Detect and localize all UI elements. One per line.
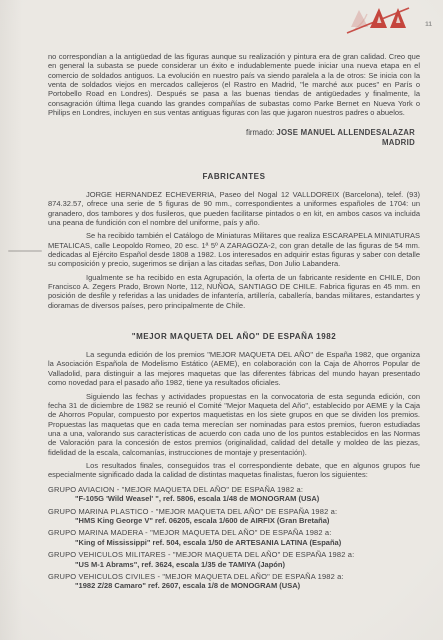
group-title: GRUPO MARINA PLASTICO - "MEJOR MAQUETA D… [48,507,420,516]
signature-name: JOSE MANUEL ALLENDESALAZAR [276,128,415,137]
group-title: GRUPO MARINA MADERA - "MEJOR MAQUETA DEL… [48,528,420,537]
document-page: 11 no correspondían a la antigüedad de l… [0,0,443,640]
group-winner: "1982 Z/28 Camaro" ref. 2607, escala 1/8… [75,581,420,590]
scan-smudge [8,250,42,252]
group-winner: "King of Mississippi" ref. 504, escala 1… [75,538,420,547]
signature-prefix: firmado: [246,128,274,137]
signature-block: firmado: JOSE MANUEL ALLENDESALAZAR MADR… [48,128,420,148]
publisher-stamp-icon [345,5,419,35]
list-item-grupo-vehiculos-civiles: GRUPO VEHICULOS CIVILES - "MEJOR MAQUETA… [48,572,420,590]
premios-paragraph-3: Los resultados finales, conseguidos tras… [48,461,420,480]
intro-paragraph: no correspondían a la antigüedad de las … [48,52,420,117]
group-winner: "US M-1 Abrams", ref. 3624, escala 1/35 … [75,560,420,569]
list-item-grupo-marina-madera: GRUPO MARINA MADERA - "MEJOR MAQUETA DEL… [48,528,420,546]
list-item-grupo-aviacion: GRUPO AVIACION - "MEJOR MAQUETA DEL AÑO"… [48,485,420,503]
premios-heading: "MEJOR MAQUETA DEL AÑO" DE ESPAÑA 1982 [48,332,420,342]
fabricantes-paragraph-3: Igualmente se ha recibido en esta Agrupa… [48,273,420,310]
group-winner: "HMS King George V" ref. 06205, escala 1… [75,516,420,525]
fabricantes-paragraph-2: Se ha recibido también el Catálogo de Mi… [48,231,420,268]
fabricantes-heading: FABRICANTES [48,172,420,182]
list-item-grupo-marina-plastico: GRUPO MARINA PLASTICO - "MEJOR MAQUETA D… [48,507,420,525]
premios-paragraph-1: La segunda edición de los premios "MEJOR… [48,350,420,387]
group-title: GRUPO AVIACION - "MEJOR MAQUETA DEL AÑO"… [48,485,420,494]
signature-city: MADRID [48,138,415,148]
page-number: 11 [425,21,432,28]
signature-line: firmado: JOSE MANUEL ALLENDESALAZAR [48,128,415,138]
group-title: GRUPO VEHICULOS CIVILES - "MEJOR MAQUETA… [48,572,420,581]
group-winner: "F-105G 'Wild Weasel' ", ref. 5806, esca… [75,494,420,503]
list-item-grupo-vehiculos-militares: GRUPO VEHICULOS MILITARES - "MEJOR MAQUE… [48,550,420,568]
fabricantes-paragraph-1: JORGE HERNANDEZ ECHEVERRIA, Paseo del No… [48,190,420,227]
group-title: GRUPO VEHICULOS MILITARES - "MEJOR MAQUE… [48,550,420,559]
premios-paragraph-2: Siguiendo las fechas y actividades propu… [48,392,420,457]
winners-list: GRUPO AVIACION - "MEJOR MAQUETA DEL AÑO"… [48,485,420,591]
